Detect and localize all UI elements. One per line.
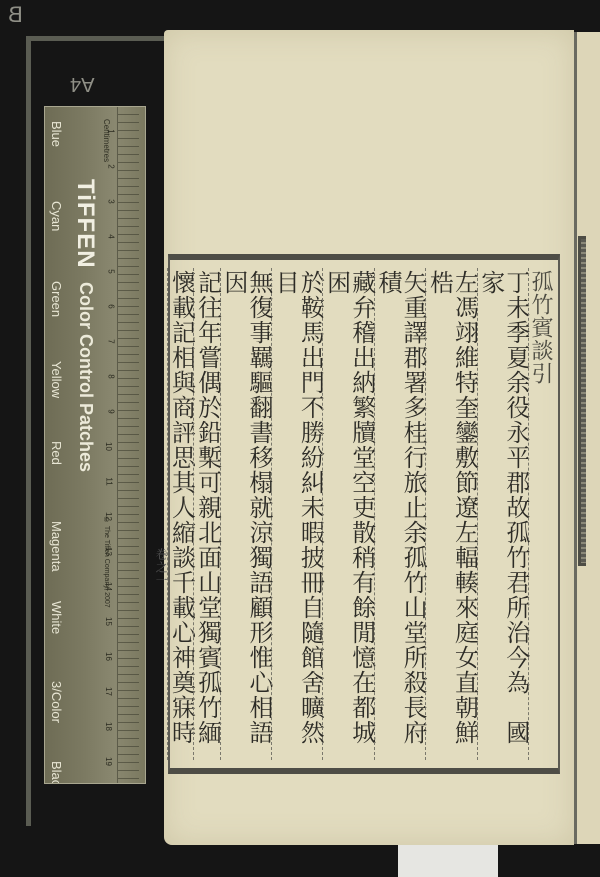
color-label: Green — [49, 281, 64, 361]
cm-tick: 6 — [106, 304, 115, 308]
cm-tick: 13 — [104, 547, 113, 556]
cm-tick: 17 — [104, 687, 113, 696]
cm-tick: 10 — [104, 442, 113, 451]
cm-tick: 5 — [106, 269, 115, 273]
cm-tick: 4 — [106, 234, 115, 238]
text-column: 丁未季夏余役永平郡故孤竹君所治今為 國家 — [477, 268, 528, 760]
color-label: 3/Color — [49, 681, 64, 761]
ruler-color-labels: Blue Cyan Green Yellow Red Magenta White… — [49, 121, 64, 784]
cm-tick: 16 — [104, 652, 113, 661]
facing-page-border — [578, 236, 586, 566]
cm-tick: 19 — [104, 757, 113, 766]
cm-tick: 11 — [104, 477, 113, 485]
text-column: 記往年嘗偶於鉛槧可親北面山堂獨賓孤竹緬 — [193, 268, 219, 760]
cm-tick: 7 — [106, 339, 115, 343]
cm-tick: 18 — [104, 722, 113, 731]
text-column: 藏弁稽出納繁牘堂空吏散稍有餘閒憶在都城困 — [322, 268, 373, 760]
cm-tick: 14 — [104, 582, 113, 591]
color-label: Cyan — [49, 201, 64, 281]
ruler-scale — [117, 107, 139, 783]
title-column: 孤竹賓談引 — [528, 268, 552, 760]
ruler-copyright: © The Tiffen Company, 2007 — [103, 517, 110, 608]
color-label: Blue — [49, 121, 64, 201]
text-column: 無復事羈驅翻書移榻就涼獨語顧形惟心相語因 — [220, 268, 271, 760]
ruler-product-name: Color Control Patches — [75, 282, 96, 472]
ruler-brand: TiFFEN — [71, 179, 99, 269]
text-column: 左馮翊維特奎鑾敷節遼左輻輳來庭女直朝鮮梏 — [425, 268, 476, 760]
text-column: 於鞍馬出門不勝紛糾未暇披冊自隨館舍曠然目 — [271, 268, 322, 760]
text-column: 懷載記相與商評思其人縮談千載心神奠寐時 — [167, 268, 193, 760]
color-label: Yellow — [49, 361, 64, 441]
text-columns: 孤竹賓談引 丁未季夏余役永平郡故孤竹君所治今為 國家 左馮翊維特奎鑾敷節遼左輻輳… — [176, 268, 552, 760]
printed-text-block: 孤竹賓談引 丁未季夏余役永平郡故孤竹君所治今為 國家 左馮翊維特奎鑾敷節遼左輻輳… — [168, 254, 560, 774]
scan-scene: B A4 Centimetres TiFFEN Color Control Pa… — [0, 0, 600, 877]
cm-tick: 15 — [104, 617, 113, 626]
color-label: Black — [49, 761, 64, 784]
cm-tick: 3 — [106, 199, 115, 203]
cm-tick: 9 — [106, 409, 115, 413]
cm-tick: 1 — [106, 129, 115, 133]
color-label: Red — [49, 441, 64, 521]
cm-tick: 12 — [104, 512, 113, 521]
cm-tick: 2 — [106, 164, 115, 168]
ruler-units-label: Centimetres — [102, 119, 111, 162]
color-label: White — [49, 601, 64, 681]
white-paper-tab — [398, 845, 498, 877]
text-column: 矢重譯郡署多桂行旅止余孤竹山堂所殺長府積 — [374, 268, 425, 760]
tiffen-color-ruler: Centimetres TiFFEN Color Control Patches… — [44, 106, 146, 784]
cm-tick: 8 — [106, 374, 115, 378]
margin-note: 卷之一 — [149, 268, 167, 760]
color-label: Magenta — [49, 521, 64, 601]
board-mark-b: B — [8, 2, 23, 28]
